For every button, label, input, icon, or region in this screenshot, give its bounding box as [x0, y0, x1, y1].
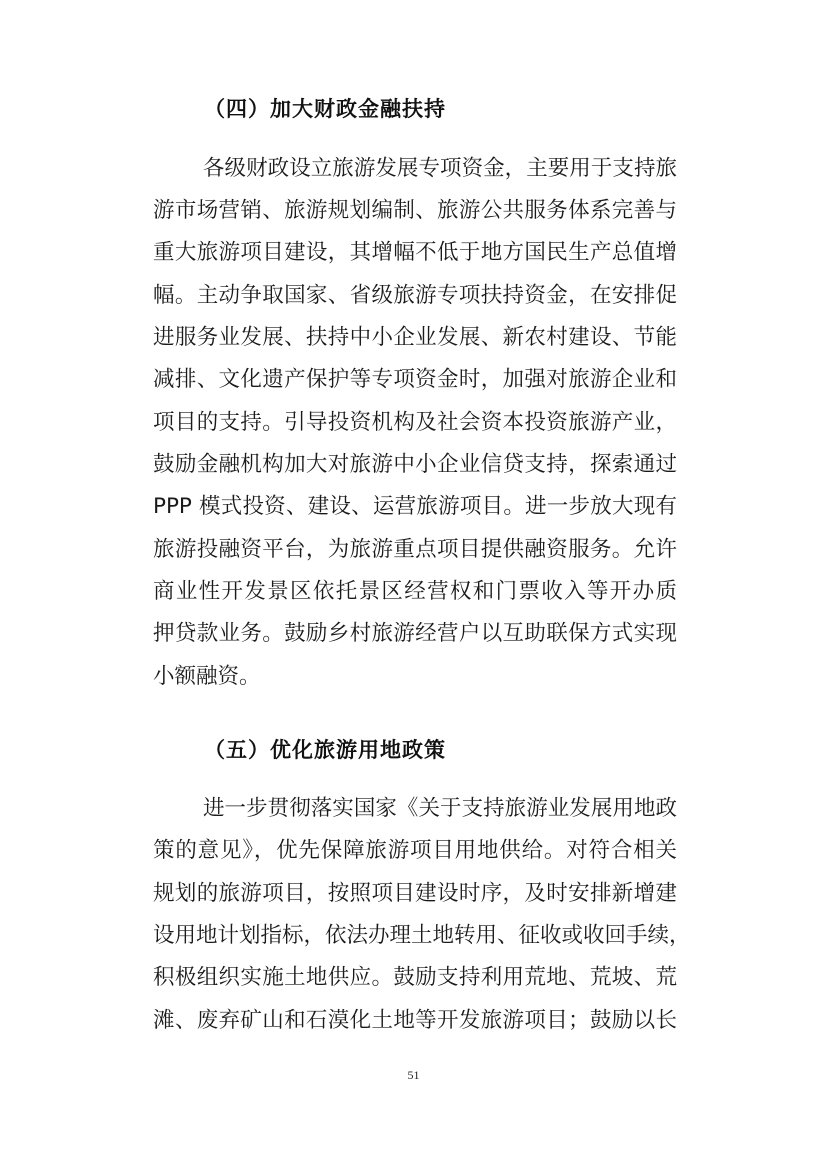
- paragraph-line: 规划的旅游项目，按照项目建设时序，及时安排新增建: [153, 880, 677, 908]
- paragraph-line: 商业性开发景区依托景区经营权和门票收入等开办质: [153, 578, 677, 606]
- paragraph-line: 游市场营销、旅游规划编制、旅游公共服务体系完善与: [153, 197, 677, 225]
- section-heading: （五）优化旅游用地政策: [204, 734, 446, 764]
- document-page: （四）加大财政金融扶持 各级财政设立旅游发展专项资金，主要用于支持旅 游市场营销…: [0, 0, 827, 1169]
- page-number: 51: [0, 1068, 827, 1083]
- paragraph-line: 进服务业发展、扶持中小企业发展、新农村建设、节能: [153, 324, 677, 352]
- paragraph-line: PPP 模式投资、建设、运营旅游项目。进一步放大现有: [153, 493, 677, 521]
- paragraph-line: 鼓励金融机构加大对旅游中小企业信贷支持，探索通过: [153, 451, 677, 479]
- paragraph-line: 项目的支持。引导投资机构及社会资本投资旅游产业，: [153, 409, 677, 437]
- paragraph-line: 策的意见》，优先保障旅游项目用地供给。对符合相关: [153, 837, 677, 865]
- paragraph-line: 幅。主动争取国家、省级旅游专项扶持资金，在安排促: [153, 282, 677, 310]
- paragraph-line: 滩、废弃矿山和石漠化土地等开发旅游项目；鼓励以长: [153, 1007, 677, 1035]
- paragraph-line: 重大旅游项目建设，其增幅不低于地方国民生产总值增: [153, 239, 677, 267]
- section-heading: （四）加大财政金融扶持: [204, 93, 446, 123]
- paragraph-line: 旅游投融资平台，为旅游重点项目提供融资服务。允许: [153, 536, 677, 564]
- paragraph-line: 进一步贯彻落实国家《关于支持旅游业发展用地政: [203, 795, 677, 823]
- paragraph-line: 积极组织实施土地供应。鼓励支持利用荒地、荒坡、荒: [153, 964, 677, 992]
- paragraph-line: 设用地计划指标，依法办理土地转用、征收或收回手续，: [153, 922, 677, 950]
- paragraph-line: 减排、文化遗产保护等专项资金时，加强对旅游企业和: [153, 366, 677, 394]
- paragraph-line: 小额融资。: [153, 663, 677, 691]
- paragraph-line: 押贷款业务。鼓励乡村旅游经营户以互助联保方式实现: [153, 620, 677, 648]
- paragraph-line: 各级财政设立旅游发展专项资金，主要用于支持旅: [203, 155, 677, 183]
